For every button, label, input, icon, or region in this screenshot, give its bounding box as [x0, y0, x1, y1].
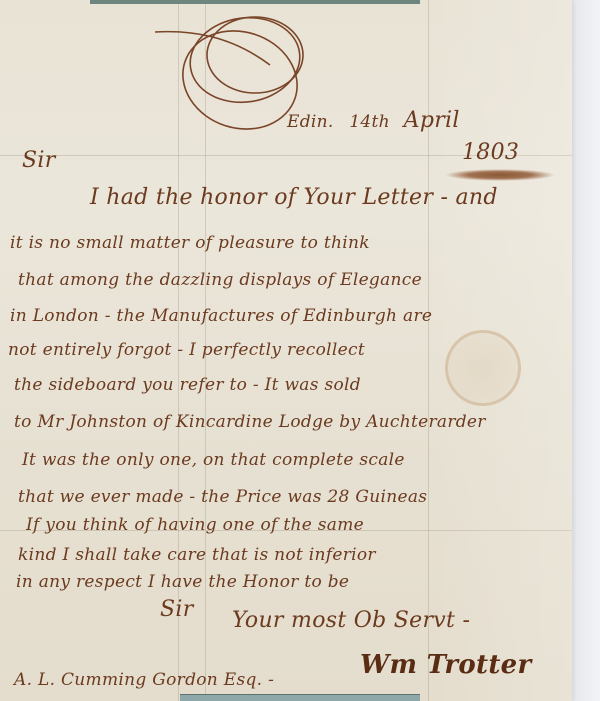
dateline: Edin. 14th April: [287, 108, 460, 133]
body-line: in any respect I have the Honor to be: [16, 572, 349, 592]
signature: Wm Trotter: [360, 650, 532, 680]
closing-sir: Sir: [160, 597, 194, 622]
dateline-month: April: [404, 108, 460, 133]
mount-edge-top: [90, 0, 420, 4]
body-line: I had the honor of Your Letter - and: [90, 185, 498, 210]
body-line: the sideboard you refer to - It was sold: [14, 375, 361, 395]
salutation: Sir: [22, 148, 56, 173]
addressee: A. L. Cumming Gordon Esq. -: [14, 670, 274, 690]
ink-flourish-dash: [445, 169, 555, 181]
dateline-year: 1803: [462, 140, 519, 165]
body-line: that we ever made - the Price was 28 Gui…: [18, 487, 427, 507]
closing-line: Your most Ob Servt -: [232, 608, 470, 633]
body-line: not entirely forgot - I perfectly recoll…: [8, 340, 365, 360]
paper-stain: [445, 330, 521, 406]
body-line: it is no small matter of pleasure to thi…: [10, 233, 370, 253]
dateline-day: 14th: [349, 112, 390, 132]
body-line: If you think of having one of the same: [26, 515, 364, 535]
dateline-place: Edin.: [287, 112, 334, 132]
body-line: It was the only one, on that complete sc…: [22, 450, 405, 470]
body-line: to Mr Johnston of Kincardine Lodge by Au…: [14, 412, 486, 432]
mount-edge-bottom: [180, 694, 420, 701]
fold-line: [428, 0, 429, 701]
body-line: in London - the Manufactures of Edinburg…: [10, 306, 432, 326]
body-line: kind I shall take care that is not infer…: [18, 545, 376, 565]
body-line: that among the dazzling displays of Eleg…: [18, 270, 422, 290]
